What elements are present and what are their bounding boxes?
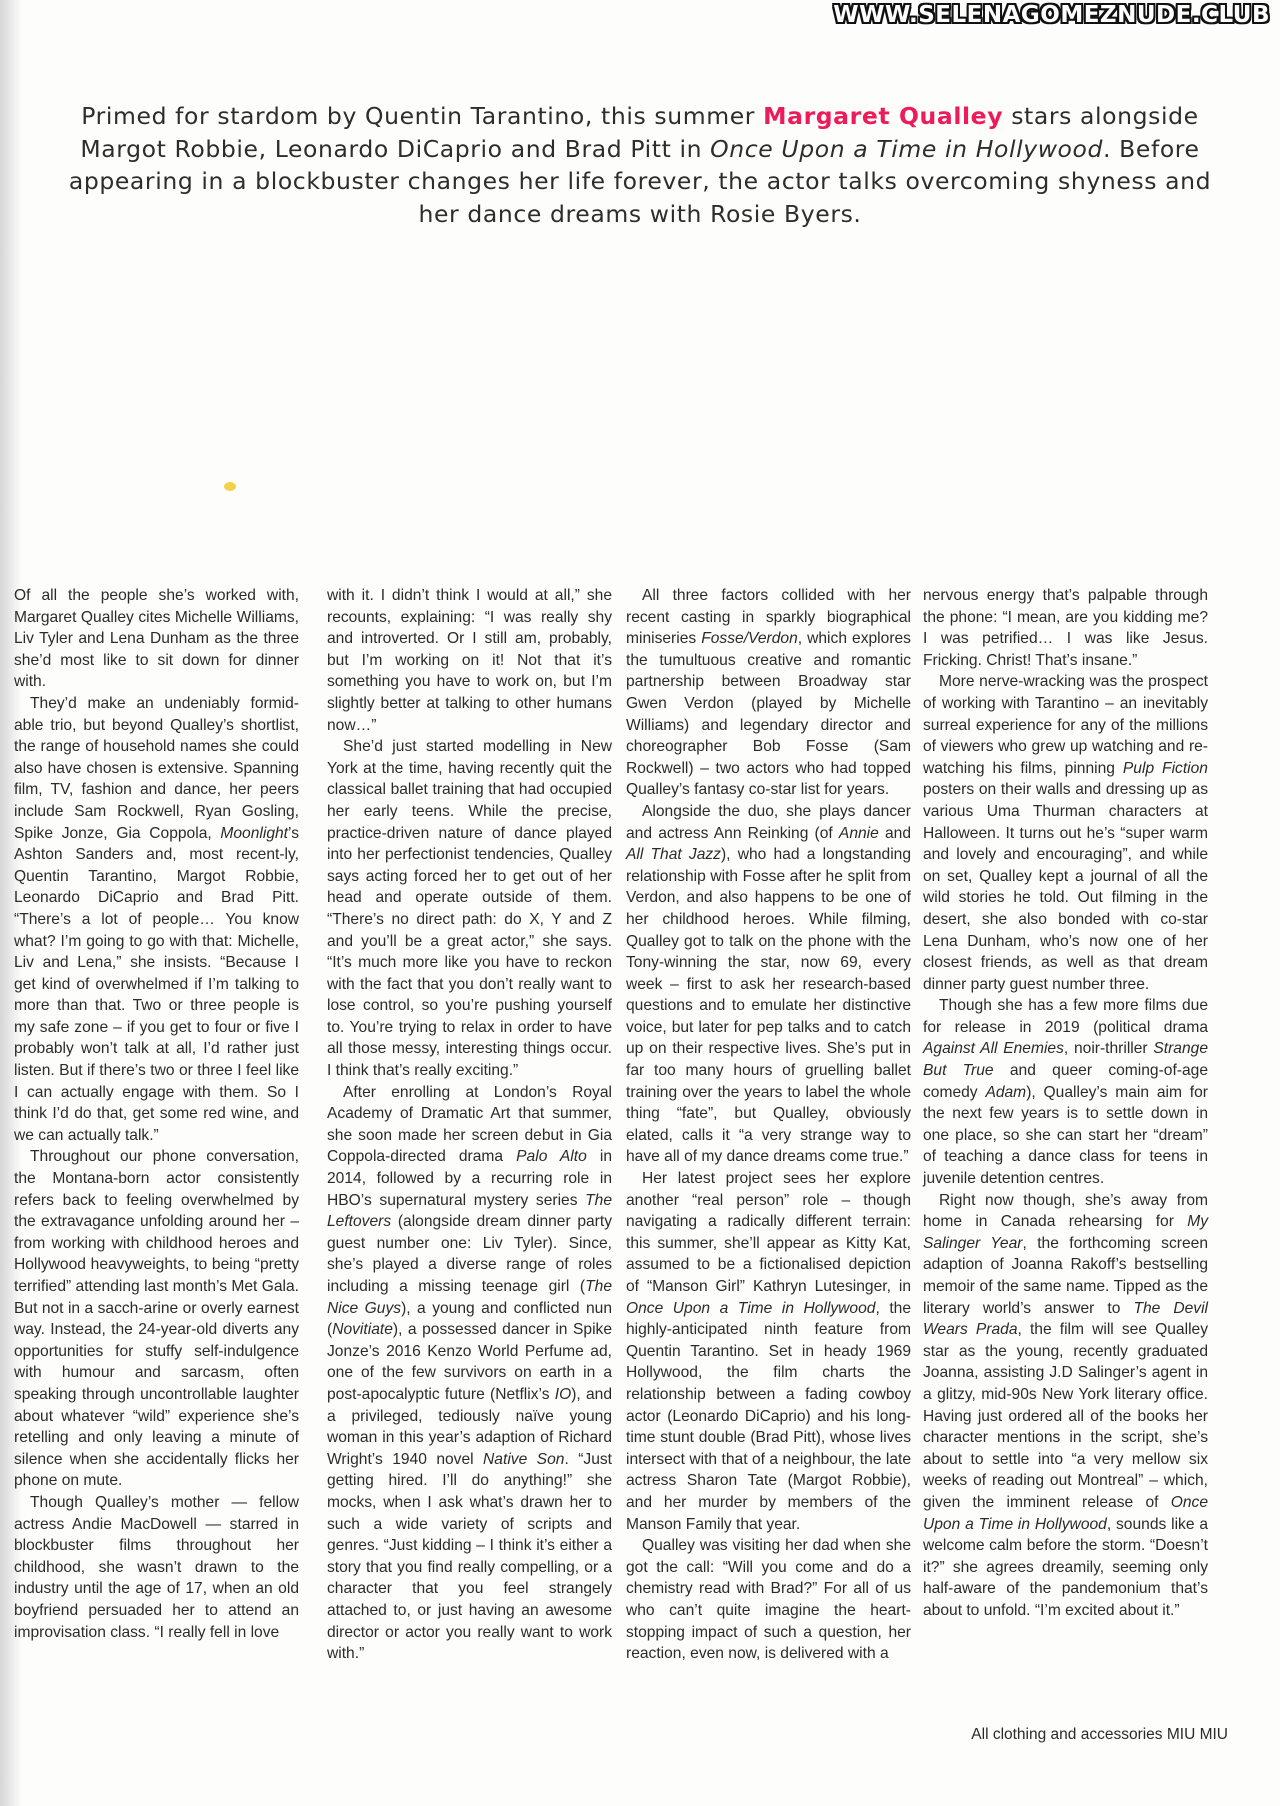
article-paragraph: Her latest project sees her explore anot… [626,1168,911,1535]
article-paragraph: More nerve-wracking was the prospect of … [923,671,1208,995]
paragraph-text: with it. I didn’t think I would at all,”… [327,587,612,734]
paragraph-text: Though Qualley’s mother — fellow actress… [14,1494,299,1641]
article-column-2: with it. I didn’t think I would at all,”… [327,585,612,1665]
paragraph-text: , which explores the tumultuous creative… [626,630,911,798]
italic-title: Adam [985,1084,1026,1101]
article-paragraph: Qualley was visiting her dad when she go… [626,1535,911,1665]
italic-title: IO [555,1386,571,1403]
italic-title: Fosse/Verdon [701,630,798,647]
paragraph-text: ’s Ashton Sanders and, most recent-ly, Q… [14,825,299,1144]
article-paragraph: Right now though, she’s away from home i… [923,1190,1208,1622]
article-paragraph: She’d just started modelling in New York… [327,736,612,1082]
article-paragraph: After enrolling at London’s Royal Academ… [327,1082,612,1665]
paragraph-text: , the highly-anticipated ninth feature f… [626,1300,911,1533]
article-column-4: nervous energy that’s palpable through t… [923,585,1208,1665]
paragraph-text: and [879,825,911,842]
paragraph-text: nervous energy that’s palpable through t… [923,587,1208,669]
standfirst-text-1: Primed for stardom by Quentin Tarantino,… [81,102,763,130]
italic-title: All That Jazz [626,846,721,863]
paragraph-text: , the film will see Qualley star as the … [923,1321,1208,1511]
paragraph-text: Her latest project sees her explore anot… [626,1170,911,1295]
paragraph-text: posters on their walls and dressing up a… [923,781,1208,992]
clothing-credit: All clothing and accessories MIU MIU [971,1726,1228,1744]
article-column-1: Of all the people she’s worked with, Mar… [14,585,299,1665]
film-title: Once Upon a Time in Hollywood [710,135,1103,163]
article-column-3: All three factors collided with her rece… [626,585,911,1665]
italic-title: Once Upon a Time in Hollywood [626,1300,875,1317]
paragraph-text: They’d make an undeniably formid-able tr… [14,695,299,842]
paragraph-text: Of all the people she’s worked with, Mar… [14,587,299,690]
italic-title: Pulp Fiction [1123,760,1208,777]
paragraph-text: . “Just getting hired. I’ll do anything!… [327,1451,612,1662]
article-paragraph: nervous energy that’s palpable through t… [923,585,1208,671]
article-body: Of all the people she’s worked with, Mar… [14,585,1208,1665]
italic-title: Palo Alto [516,1148,587,1165]
paragraph-text: Throughout our phone conversation, the M… [14,1148,299,1489]
watermark: WWW.SELENAGOMEZNUDE.CLUB [833,2,1270,28]
article-paragraph: with it. I didn’t think I would at all,”… [327,585,612,736]
article-paragraph: Of all the people she’s worked with, Mar… [14,585,299,693]
article-paragraph: Though she has a few more films due for … [923,995,1208,1189]
subject-name: Margaret Qualley [763,102,1003,130]
standfirst: Primed for stardom by Quentin Tarantino,… [60,100,1220,230]
italic-title: Against All Enemies [923,1040,1064,1057]
italic-title: Novitiate [332,1321,393,1338]
paragraph-text: Though she has a few more films due for … [923,997,1208,1036]
article-paragraph: Though Qualley’s mother — fellow actress… [14,1492,299,1643]
italic-title: Native Son [483,1451,564,1468]
italic-title: Moonlight [220,825,288,842]
italic-title: Annie [839,825,879,842]
article-paragraph: Throughout our phone conversation, the M… [14,1146,299,1492]
article-paragraph: All three factors collided with her rece… [626,585,911,801]
paper-speck [224,482,236,491]
paragraph-text: ), who had a longstanding relationship w… [626,846,911,1165]
paragraph-text: She’d just started modelling in New York… [327,738,612,1079]
article-paragraph: Alongside the duo, she plays dancer and … [626,801,911,1168]
paragraph-text: Right now though, she’s away from home i… [923,1192,1208,1231]
paragraph-text: , noir-thriller [1064,1040,1153,1057]
article-paragraph: They’d make an undeniably formid-able tr… [14,693,299,1146]
paragraph-text: Qualley was visiting her dad when she go… [626,1537,911,1662]
